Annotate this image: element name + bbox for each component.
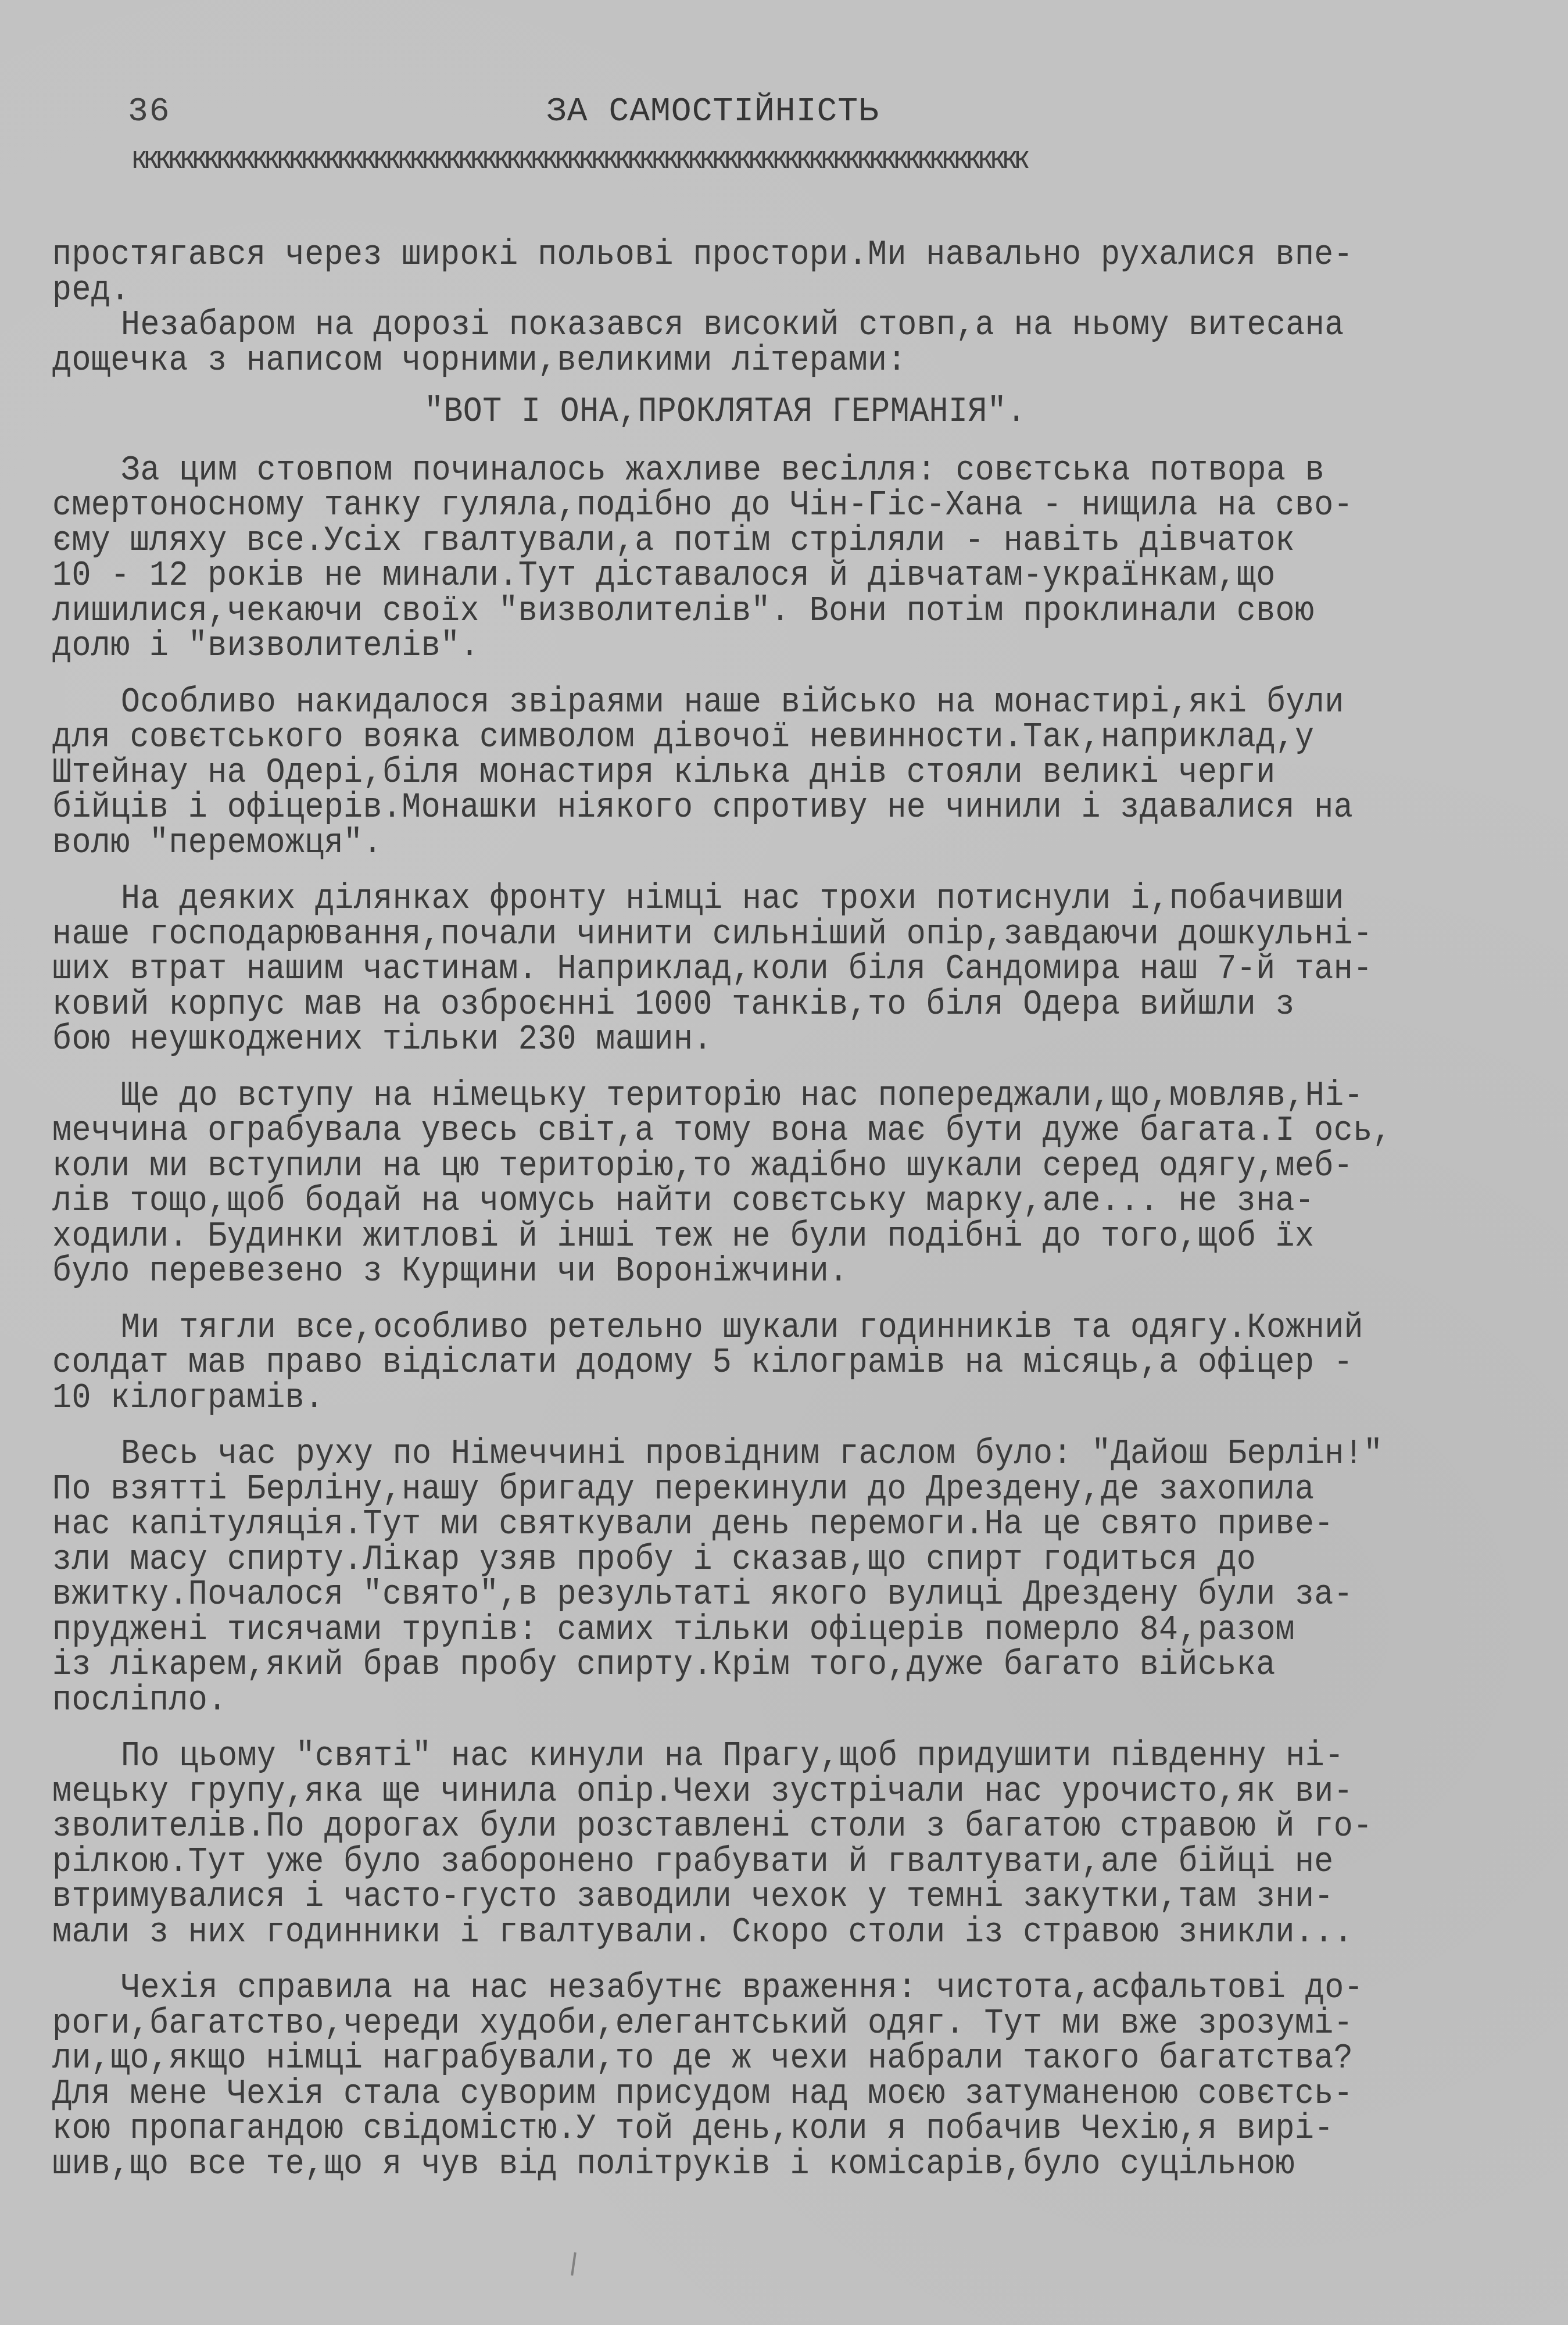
text-line: Весь час руху по Німеччині провідним гас… [52, 1435, 1540, 1474]
typed-divider-rule: кккккккккккккккккккккккккккккккккккккккк… [131, 137, 1467, 184]
text-line: По цьому "святі" нас кинули на Прагу,щоб… [52, 1737, 1540, 1776]
quote-line: "ВОТ І ОНА,ПРОКЛЯТАЯ ГЕРМАНІЯ". [52, 392, 1540, 432]
text-line: втримувалися і часто-густо заводили чехо… [52, 1877, 1540, 1917]
article-body: простягався через широкі польові простор… [52, 235, 1540, 2201]
paragraph: Особливо накидалося звіраями наше військ… [52, 683, 1540, 859]
paper-blemish [571, 2252, 577, 2276]
text-line: бою неушкоджених тільки 230 машин. [52, 1020, 1540, 1060]
text-line: ли,що,якщо німці награбували,то де ж чех… [52, 2039, 1540, 2079]
paragraph: Ще до вступу на німецьку територію нас п… [52, 1076, 1540, 1287]
text-line: шив,що все те,що я чув від політруків і … [52, 2145, 1540, 2184]
text-line: 10 - 12 років не минали.Тут діставалося … [52, 556, 1540, 596]
text-line: нас капітуляція.Тут ми святкували день п… [52, 1505, 1540, 1544]
text-line: посліпло. [52, 1681, 1540, 1721]
paragraph: Весь час руху по Німеччині провідним гас… [52, 1435, 1540, 1716]
page-header: 36 ЗА САМОСТІЙНІСТЬ кккккккккккккккккккк… [52, 87, 1528, 134]
text-line: солдат мав право відіслати додому 5 кіло… [52, 1343, 1540, 1383]
text-line: Незабаром на дорозі показався високий ст… [52, 306, 1540, 345]
sign-quote: "ВОТ І ОНА,ПРОКЛЯТАЯ ГЕРМАНІЯ". [52, 392, 1540, 428]
document-page: 36 ЗА САМОСТІЙНІСТЬ кккккккккккккккккккк… [52, 87, 1528, 134]
text-line: ших втрат нашим частинам. Наприклад,коли… [52, 950, 1540, 989]
paragraph: За цим стовпом починалось жахливе весілл… [52, 451, 1540, 662]
text-line: із лікарем,який брав пробу спирту.Крім т… [52, 1646, 1540, 1685]
text-line: зволителів.По дорогах були розставлені с… [52, 1807, 1540, 1847]
text-line: для совєтського вояка символом дівочої н… [52, 718, 1540, 757]
text-line: дощечка з написом чорними,великими літер… [52, 341, 1540, 381]
text-line: вжитку.Почалося "свято",в результаті яко… [52, 1575, 1540, 1615]
text-line: Чехія справила на нас незабутнє враження… [52, 1969, 1540, 2008]
text-line: бійців і офіцерів.Монашки ніякого спроти… [52, 788, 1540, 828]
paragraph: По цьому "святі" нас кинули на Прагу,щоб… [52, 1737, 1540, 1948]
paragraph: Ми тягли все,особливо ретельно шукали го… [52, 1308, 1540, 1414]
page-number: 36 [128, 93, 171, 131]
text-line: простягався через широкі польові простор… [52, 235, 1540, 275]
text-line: волю "переможця". [52, 824, 1540, 863]
text-line: лів тощо,щоб бодай на чомусь найти совєт… [52, 1182, 1540, 1221]
paragraph: Незабаром на дорозі показався високий ст… [52, 306, 1540, 376]
paragraph: простягався через широкі польові простор… [52, 235, 1540, 306]
journal-title: ЗА САМОСТІЙНІСТЬ [546, 93, 879, 131]
text-line: На деяких ділянках фронту німці нас трох… [52, 879, 1540, 919]
paragraph: На деяких ділянках фронту німці нас трох… [52, 879, 1540, 1056]
text-line: кою пропагандою свідомістю.У той день,ко… [52, 2109, 1540, 2149]
text-line: було перевезено з Курщини чи Воронiжчини… [52, 1252, 1540, 1292]
text-line: 10 кілограмів. [52, 1379, 1540, 1418]
paragraph: Чехія справила на нас незабутнє враження… [52, 1969, 1540, 2180]
text-line: меччина ограбувала увесь світ,а тому вон… [52, 1111, 1540, 1151]
text-line: мали з них годинники і гвалтували. Скоро… [52, 1913, 1540, 1952]
text-line: долю і "визволителів". [52, 627, 1540, 666]
text-line: смертоносному танку гуляла,подібно до Чі… [52, 486, 1540, 525]
